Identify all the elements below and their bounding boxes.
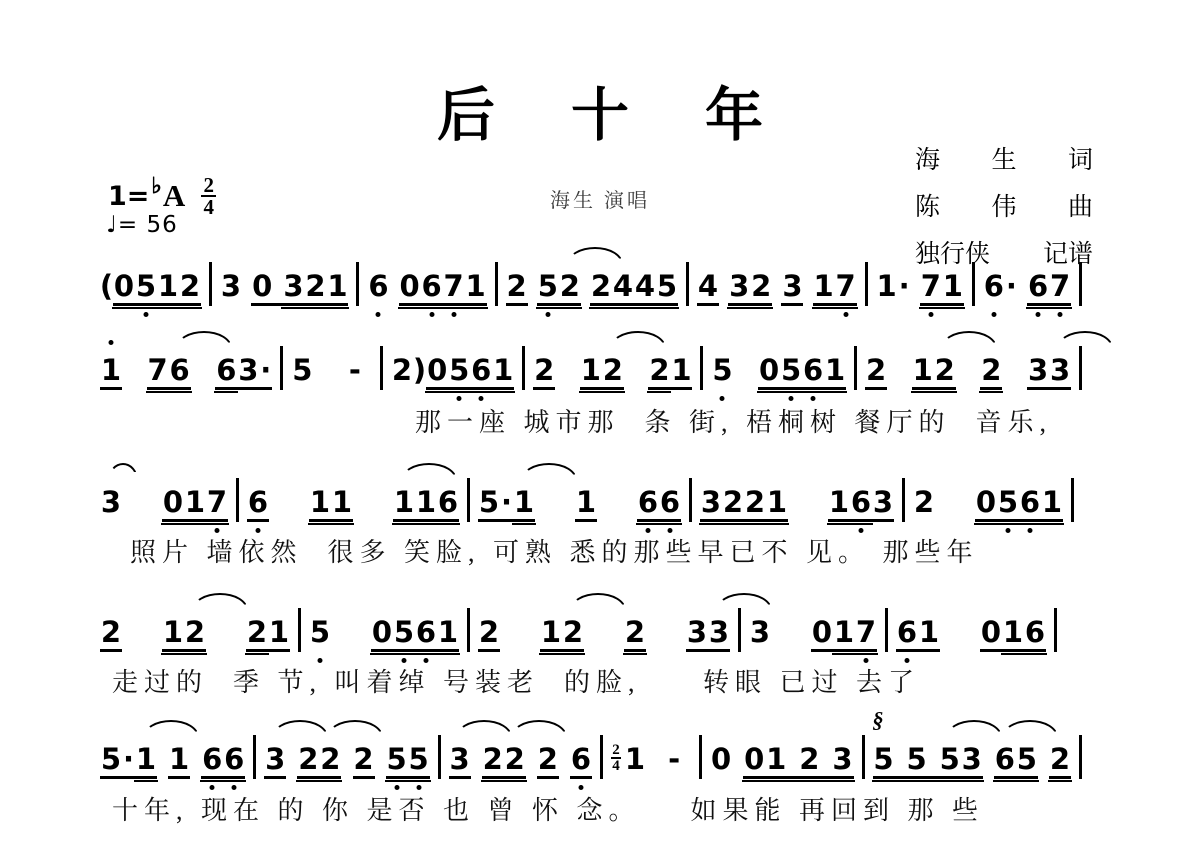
- barline: [280, 346, 283, 390]
- note-char: 2: [504, 738, 526, 779]
- inline-time-signature: 24: [611, 737, 621, 779]
- title-char: 后: [437, 86, 495, 146]
- tie-arc: [401, 463, 457, 480]
- beam-gap: [787, 738, 798, 779]
- beam-gap: [732, 738, 743, 779]
- notation-line-2: 17663·5-2)05612122150561212233: [100, 344, 1090, 390]
- beam-gap: [940, 611, 980, 652]
- note-char: 1: [833, 611, 855, 652]
- barline: [298, 608, 301, 652]
- note-char: 3: [708, 611, 730, 652]
- beam-gap: [528, 265, 537, 306]
- note-char: 1: [912, 349, 934, 390]
- note-char: 3: [237, 349, 259, 390]
- note-char: 5: [873, 738, 895, 779]
- low-octave-dot: [843, 312, 848, 317]
- low-octave-dot: [479, 396, 484, 401]
- note-char: 7: [206, 481, 228, 522]
- barline: [600, 735, 603, 779]
- sheet-music-page: 后十年 海生 演唱 1= ♭ A 2 4 ♩= 56 海生词陈伟曲独行侠记谱 (…: [0, 0, 1200, 850]
- low-octave-dot: [451, 312, 456, 317]
- key-prefix: 1=: [108, 181, 149, 212]
- note-char: 6: [367, 265, 389, 306]
- note-char: 5: [939, 738, 961, 779]
- note-char: 7: [920, 265, 942, 306]
- note-char: 4: [634, 265, 656, 306]
- note-char: ·: [259, 349, 272, 390]
- note-char: 3: [700, 481, 722, 522]
- low-octave-dot: [429, 312, 434, 317]
- note-char: 1: [415, 481, 437, 522]
- note-char: 3: [686, 611, 708, 652]
- beam-gap: [157, 738, 168, 779]
- barline: [253, 735, 256, 779]
- note-char: 1: [331, 481, 353, 522]
- note-char: 1: [492, 349, 514, 390]
- beam-gap: [273, 265, 282, 306]
- note-char: 1: [100, 349, 122, 390]
- note-char: 6: [215, 349, 237, 390]
- song-title: 后十年: [0, 86, 1200, 146]
- beam-gap: [313, 349, 338, 390]
- note-char: 6: [1024, 611, 1046, 652]
- note-char: 1: [624, 738, 646, 779]
- beam-gap: [581, 265, 590, 306]
- beam-gap: [389, 265, 398, 306]
- note-char: 1: [168, 738, 190, 779]
- note-char: 6: [470, 349, 492, 390]
- low-octave-dot: [1006, 528, 1011, 533]
- barline: [689, 478, 692, 522]
- note-char: 3: [832, 738, 854, 779]
- credit-row: 陈伟曲: [915, 187, 1093, 223]
- quarter-note-icon: ♩: [106, 212, 118, 238]
- note-char: 5: [291, 349, 313, 390]
- note-char: 0: [399, 265, 421, 306]
- note-char: 2: [602, 349, 624, 390]
- note-char: 1: [513, 481, 535, 522]
- note-char: 6: [1027, 265, 1049, 306]
- note-char: 0: [251, 265, 273, 306]
- note-char: 1: [184, 481, 206, 522]
- note-char: 6: [169, 349, 191, 390]
- note-char: 2: [934, 349, 956, 390]
- note-char: 0: [113, 265, 135, 306]
- lyrics-line-2: 照片 墙依然 很多 笑脸, 可熟 悉的那些早已不 见。 那些年: [130, 532, 979, 569]
- note-char: 1: [540, 611, 562, 652]
- barline: [865, 262, 868, 306]
- time-signature: 2 4: [201, 176, 216, 216]
- tempo-value: 56: [146, 212, 177, 238]
- note-char: 1: [135, 738, 157, 779]
- note-char: 5: [100, 738, 122, 779]
- note-char: 3: [282, 265, 304, 306]
- lyrics-line-3: 走过的 季 节, 叫着绰 号装老 的脸, 转眼 已过 去了: [112, 662, 920, 699]
- note-char: 2: [648, 349, 670, 390]
- beam-gap: [584, 611, 624, 652]
- beam-gap: [535, 481, 575, 522]
- note-char: 1: [824, 349, 846, 390]
- note-char: 2: [246, 611, 268, 652]
- note-char: 1: [326, 265, 348, 306]
- beam-gap: [286, 738, 297, 779]
- beam-gap: [122, 611, 162, 652]
- beam-gap: [983, 738, 994, 779]
- beam-gap: [887, 349, 912, 390]
- note-char: -: [657, 738, 691, 779]
- note-char: 2: [562, 611, 584, 652]
- notation-line-5: 5·116632225532226241-00123§5553652: [100, 733, 1090, 779]
- beam-gap: [935, 481, 975, 522]
- low-octave-dot: [376, 312, 381, 317]
- note-char: 6: [637, 481, 659, 522]
- note-char: 2: [478, 611, 500, 652]
- note-char: 3: [781, 265, 803, 306]
- note-char: 1: [918, 611, 940, 652]
- beam-gap: [788, 481, 828, 522]
- note-char: ·: [898, 265, 911, 306]
- key-letter: A: [163, 178, 185, 214]
- note-char: 2: [304, 265, 326, 306]
- note-char: 1: [162, 611, 184, 652]
- note-char: 2: [184, 611, 206, 652]
- segno-icon: §: [873, 707, 884, 733]
- note-char: 5: [711, 349, 733, 390]
- note-char: 0: [975, 481, 997, 522]
- beam-gap: [820, 738, 831, 779]
- barline: [686, 262, 689, 306]
- note-char: 7: [147, 349, 169, 390]
- tie-arc: [567, 247, 623, 264]
- low-octave-dot: [811, 396, 816, 401]
- title-char: 年: [705, 86, 763, 146]
- credit-text: 伟: [991, 187, 1016, 223]
- note-char: 4: [612, 265, 634, 306]
- beam-gap: [500, 611, 540, 652]
- note-char: 1: [309, 481, 331, 522]
- credit-text: 词: [1068, 140, 1093, 176]
- barline: [738, 608, 741, 652]
- beam-gap: [206, 611, 246, 652]
- note-char: 2: [179, 265, 201, 306]
- note-char: 6: [994, 738, 1016, 779]
- beam-gap: [1002, 349, 1027, 390]
- beam-gap: [772, 265, 781, 306]
- tie-arc: [456, 720, 512, 737]
- beam-gap: [911, 265, 920, 306]
- note-char: 6: [802, 349, 824, 390]
- note-char: 2: [980, 349, 1002, 390]
- note-char: 3: [961, 738, 983, 779]
- beam-gap: [646, 611, 686, 652]
- note-char: ·: [122, 738, 135, 779]
- beam-gap: [269, 481, 309, 522]
- barline: [467, 608, 470, 652]
- note-char: 1: [268, 611, 290, 652]
- beam-gap: [190, 738, 201, 779]
- note-char: 5: [656, 265, 678, 306]
- notation-line-4: 2122150561212233301761016: [100, 606, 1090, 652]
- lyrics-line-4: 十年, 现在 的 你 是否 也 曾 怀 念。 如果能 再回到 那 些: [112, 790, 984, 827]
- note-char: 1: [1002, 611, 1024, 652]
- barline: [380, 346, 383, 390]
- tie-arc: [176, 331, 232, 348]
- tie-arc: [521, 463, 577, 480]
- beam-gap: [242, 265, 251, 306]
- note-char: 0: [162, 481, 184, 522]
- tie-arc: [108, 463, 138, 480]
- tempo-marking: ♩= 56: [106, 212, 178, 238]
- beam-gap: [353, 481, 393, 522]
- note-char: 6: [223, 738, 245, 779]
- barline: [1079, 346, 1082, 390]
- tie-arc: [272, 720, 328, 737]
- note-char: 2: [624, 611, 646, 652]
- tie-arc: [570, 593, 626, 610]
- note-char: 1: [813, 265, 835, 306]
- beam-gap: [1038, 738, 1049, 779]
- credit-text: 曲: [1068, 187, 1093, 223]
- note-char: 7: [835, 265, 857, 306]
- note-char: 4: [697, 265, 719, 306]
- time-signature-denominator: 4: [203, 198, 214, 216]
- note-char: 1: [437, 611, 459, 652]
- note-char: 2: [590, 265, 612, 306]
- note-char: 1: [765, 738, 787, 779]
- note-char: 6: [896, 611, 918, 652]
- note-char: 7: [855, 611, 877, 652]
- tie-arc: [327, 720, 383, 737]
- note-char: 1: [580, 349, 602, 390]
- note-char: 2: [297, 738, 319, 779]
- beam-gap: [928, 738, 939, 779]
- note-char: 2: [865, 349, 887, 390]
- note-char: 6: [570, 738, 592, 779]
- note-char: 3: [449, 738, 471, 779]
- note-char: 1: [876, 265, 898, 306]
- note-char: 3: [264, 738, 286, 779]
- barline: [1071, 478, 1074, 522]
- low-octave-dot: [545, 312, 550, 317]
- note-char: 5: [478, 481, 500, 522]
- note-char: 3: [1049, 349, 1071, 390]
- note-char: 5: [448, 349, 470, 390]
- note-char: 2: [1049, 738, 1071, 779]
- note-char: 3: [1027, 349, 1049, 390]
- note-char: 1: [393, 481, 415, 522]
- note-char: 5: [906, 738, 928, 779]
- note-char: 2: [798, 738, 820, 779]
- beam-gap: [331, 611, 371, 652]
- low-octave-dot: [1036, 312, 1041, 317]
- note-char: 2: [537, 738, 559, 779]
- note-char: 3: [220, 265, 242, 306]
- flat-icon: ♭: [151, 173, 161, 199]
- low-octave-dot: [928, 312, 933, 317]
- note-char: 2: [391, 349, 413, 390]
- beam-gap: [341, 738, 352, 779]
- note-char: 5: [408, 738, 430, 779]
- note-char: 1: [157, 265, 179, 306]
- note-char: 1: [766, 481, 788, 522]
- note-char: 5: [386, 738, 408, 779]
- beam-gap: [719, 265, 728, 306]
- beam-gap: [122, 481, 162, 522]
- note-char: 6: [421, 265, 443, 306]
- note-char: 2: [913, 481, 935, 522]
- notation-line-1: (0512303216067125224454323171·716·67: [100, 260, 1090, 306]
- title-char: 十: [571, 86, 629, 146]
- note-char: 5: [537, 265, 559, 306]
- low-octave-dot: [457, 396, 462, 401]
- note-char: 6: [983, 265, 1005, 306]
- note-char: 5: [309, 611, 331, 652]
- beam-gap: [471, 738, 482, 779]
- beam-gap: [375, 738, 386, 779]
- barline: [1079, 262, 1082, 306]
- notation-line-3: 30176111165·1166322116320561: [100, 476, 1090, 522]
- beam-gap: [956, 349, 981, 390]
- note-char: 3: [728, 265, 750, 306]
- credit-text: 生: [991, 140, 1016, 176]
- beam-gap: [1018, 265, 1027, 306]
- note-char: 1: [670, 349, 692, 390]
- note-char: 5: [1016, 738, 1038, 779]
- note-char: 6: [850, 481, 872, 522]
- note-char: 3: [749, 611, 771, 652]
- low-octave-dot: [720, 396, 725, 401]
- note-char: 2: [559, 265, 581, 306]
- note-char: 0: [811, 611, 833, 652]
- barline: [862, 735, 865, 779]
- note-char: 2: [744, 481, 766, 522]
- barline: [854, 346, 857, 390]
- tie-arc: [143, 720, 199, 737]
- tie-arc: [716, 593, 772, 610]
- note-char: 0: [743, 738, 765, 779]
- note-char: 6: [247, 481, 269, 522]
- note-char: 1: [465, 265, 487, 306]
- low-octave-dot: [1058, 312, 1063, 317]
- barline: [902, 478, 905, 522]
- time-signature-numerator: 2: [203, 176, 214, 194]
- barline: [1079, 735, 1082, 779]
- low-octave-dot: [789, 396, 794, 401]
- note-char: 0: [758, 349, 780, 390]
- note-char: 0: [710, 738, 732, 779]
- low-octave-dot: [144, 312, 149, 317]
- note-char: 6: [415, 611, 437, 652]
- note-char: 2: [533, 349, 555, 390]
- note-char: 0: [371, 611, 393, 652]
- note-char: 5: [997, 481, 1019, 522]
- note-char: 2: [506, 265, 528, 306]
- note-char: 7: [1049, 265, 1071, 306]
- barline: [467, 478, 470, 522]
- note-char: 2: [353, 738, 375, 779]
- barline: [495, 262, 498, 306]
- barline: [885, 608, 888, 652]
- note-char: 2: [319, 738, 341, 779]
- note-char: 0: [980, 611, 1002, 652]
- note-char: 5: [780, 349, 802, 390]
- beam-gap: [191, 349, 216, 390]
- beam-gap: [803, 265, 812, 306]
- beam-gap: [122, 349, 147, 390]
- note-char: 6: [201, 738, 223, 779]
- beam-gap: [526, 738, 537, 779]
- barline: [1054, 608, 1057, 652]
- low-octave-dot: [1028, 528, 1033, 533]
- credit-text: 陈: [915, 187, 940, 223]
- beam-gap: [559, 738, 570, 779]
- tie-arc: [1057, 331, 1113, 348]
- note-char: 7: [443, 265, 465, 306]
- low-octave-dot: [991, 312, 996, 317]
- tie-arc: [946, 720, 1002, 737]
- note-char: ·: [500, 481, 513, 522]
- beam-gap: [895, 738, 906, 779]
- note-char: 1: [828, 481, 850, 522]
- tempo-equals: =: [118, 212, 147, 238]
- note-char: 1: [942, 265, 964, 306]
- tie-arc: [941, 331, 997, 348]
- barline: [699, 735, 702, 779]
- note-char: 2: [750, 265, 772, 306]
- barline: [972, 262, 975, 306]
- lyrics-line-1: 那一座 城市那 条 街, 梧桐树 餐厅的 音乐,: [415, 402, 1052, 439]
- note-char: ·: [1005, 265, 1018, 306]
- beam-gap: [555, 349, 580, 390]
- note-char: ): [413, 349, 426, 390]
- barline: [236, 478, 239, 522]
- note-char: 6: [659, 481, 681, 522]
- tie-arc: [511, 720, 567, 737]
- tie-arc: [192, 593, 248, 610]
- note-char: 6: [437, 481, 459, 522]
- note-char: 2: [100, 611, 122, 652]
- barline: [438, 735, 441, 779]
- barline: [700, 346, 703, 390]
- barline: [209, 262, 212, 306]
- note-char: 0: [426, 349, 448, 390]
- note-char: 5: [393, 611, 415, 652]
- note-char: 6: [1019, 481, 1041, 522]
- barline: [522, 346, 525, 390]
- beam-gap: [624, 349, 649, 390]
- credit-row: 海生词: [915, 140, 1093, 176]
- beam-gap: [597, 481, 637, 522]
- tie-arc: [610, 331, 666, 348]
- note-char: 2: [722, 481, 744, 522]
- tie-arc: [1002, 720, 1058, 737]
- credit-text: 海: [915, 140, 940, 176]
- note-char: 1: [575, 481, 597, 522]
- note-char: 3: [872, 481, 894, 522]
- inline-meter-denominator: 4: [612, 760, 620, 772]
- beam-gap: [646, 738, 657, 779]
- note-char: 1: [1041, 481, 1063, 522]
- barline: [356, 262, 359, 306]
- note-char: 5: [135, 265, 157, 306]
- beam-gap: [771, 611, 811, 652]
- high-octave-dot: [109, 340, 114, 345]
- inline-meter-numerator: 2: [612, 744, 620, 756]
- note-char: -: [338, 349, 372, 390]
- beam-gap: [733, 349, 758, 390]
- note-char: (: [100, 265, 113, 306]
- note-char: 3: [100, 481, 122, 522]
